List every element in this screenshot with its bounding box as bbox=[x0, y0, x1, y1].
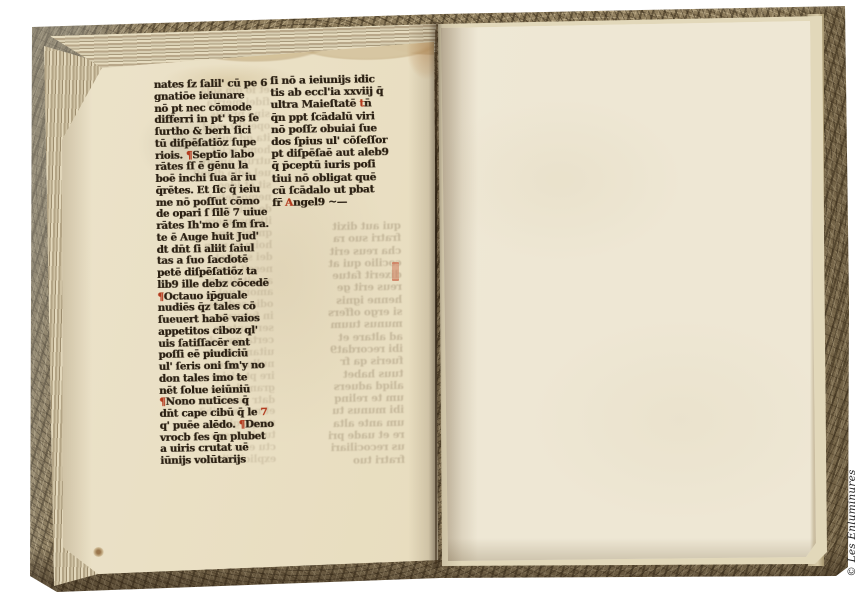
small-brown-stain bbox=[93, 547, 104, 557]
manuscript-text-line: iūnijs volūtarijs bbox=[160, 454, 276, 468]
manuscript-text-line: pt diſpēſaē aut aleb9 bbox=[271, 146, 403, 161]
gutter-line bbox=[435, 30, 437, 564]
text-column-2: ſi nō a ieiunijs idictis ab eccl'ia xxvi… bbox=[270, 73, 404, 210]
text-column-1: nates ſz ſalil' cū pe 6gnatiōe ieiunaren… bbox=[154, 78, 277, 468]
manuscript-photo: et io qm solafidei meritasine prauisoper… bbox=[0, 0, 862, 600]
faded-red-initial-bleed bbox=[392, 262, 399, 281]
manuscript-text-line: tis ab eccl'ia xxviij q̄ bbox=[270, 85, 402, 100]
bleed-through-text-column-2: qui aut dixitfratri suo racha reus eritc… bbox=[267, 220, 405, 468]
manuscript-text-line: fratri tuo bbox=[271, 453, 405, 468]
manuscript-text-line: fr̄ Angel9 ~— bbox=[272, 195, 404, 210]
copyright-credit: © Les Enluminures bbox=[846, 469, 858, 576]
